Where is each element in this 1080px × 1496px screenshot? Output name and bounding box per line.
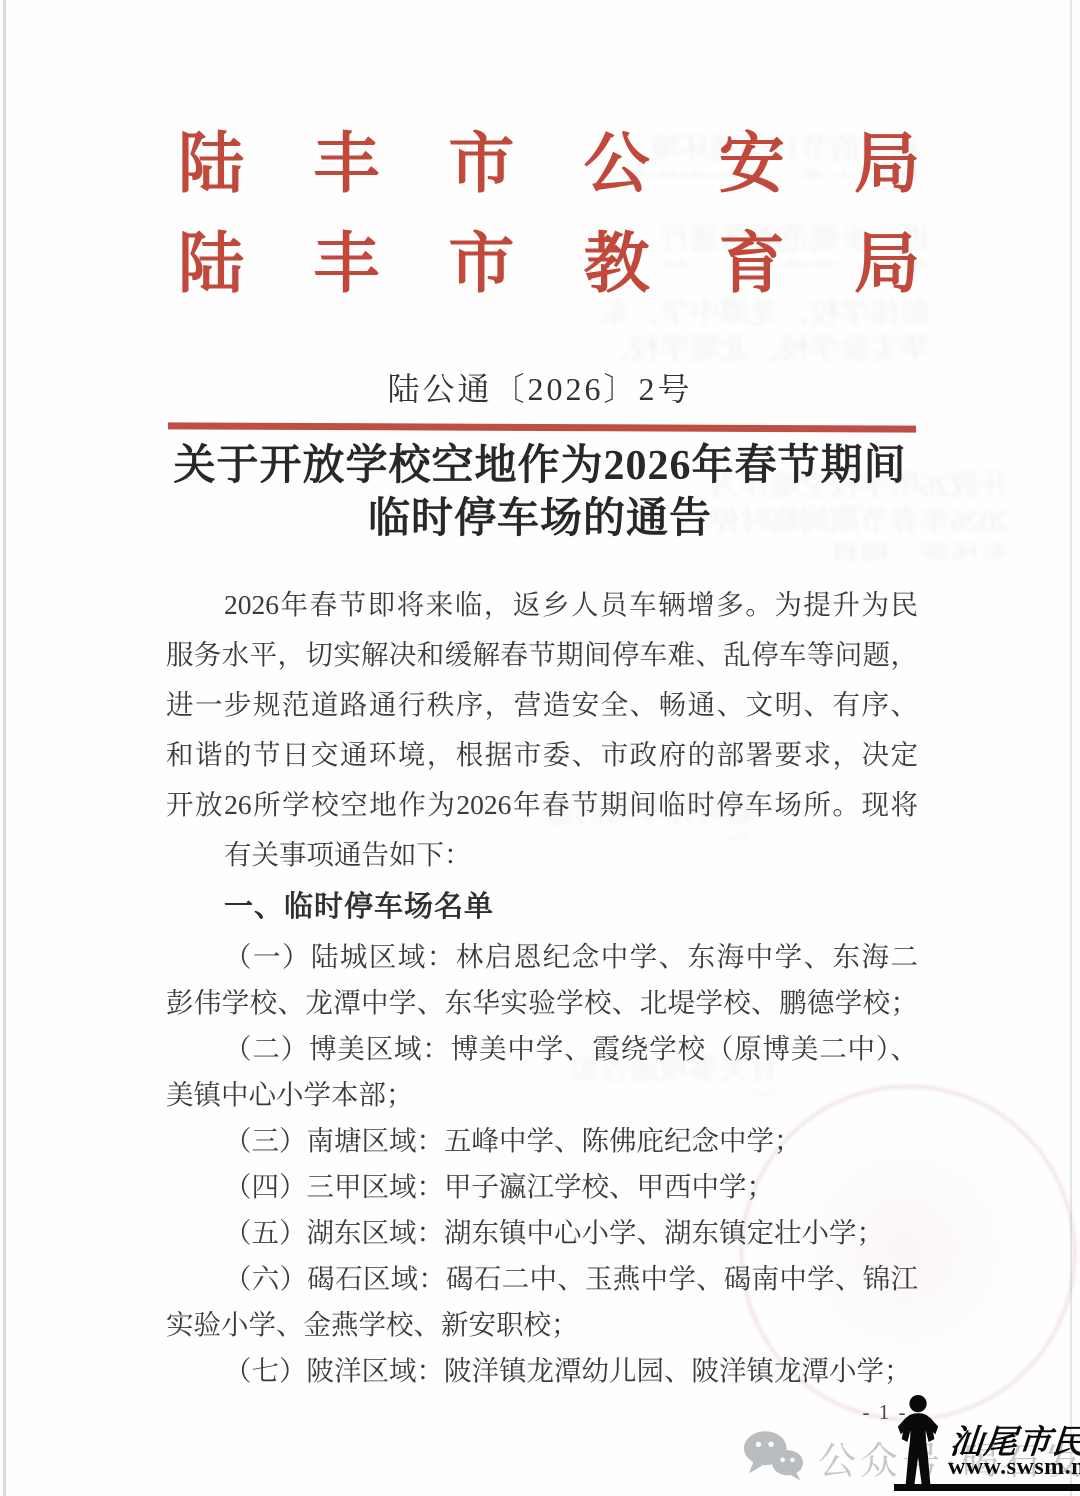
scan-edge-left — [3, 0, 6, 1496]
site-url-label: www.swsm.net — [948, 1454, 1080, 1481]
paragraph-line: 开放26所学校空地作为2026年春节期间临时停车场所。现将 — [166, 780, 918, 830]
paragraph-line: 进一步规范道路通行秩序，营造安全、畅通、文明、有序、 — [166, 680, 918, 730]
bleed-artifact: 彭伟学校、龙潭中学、东华实验学校、北堤学校、鹏德学校； — [600, 296, 930, 364]
agency-name-line1: 陆丰市公安局 — [178, 128, 920, 202]
scan-edge-right — [1070, 0, 1072, 1496]
list-item-line: 彭伟学校、龙潭中学、东华实验学校、北堤学校、鹏德学校； — [166, 980, 918, 1026]
agency-name-line2: 陆丰市教育局 — [178, 228, 920, 302]
list-item-line: （二）博美区域：博美中学、霞绕学校（原博美二中）、博 — [166, 1026, 918, 1072]
person-silhouette-icon — [890, 1394, 948, 1495]
document-title-line2: 临时停车场的通告 — [0, 493, 1080, 546]
paragraph-line: 和谐的节日交通环境，根据市委、市政府的部署要求，决定 — [166, 730, 918, 780]
list-item-line: （一）陆城区域：林启恩纪念中学、东海中学、东海二中、 — [166, 934, 918, 980]
list-item-line: （三）南塘区域：五峰中学、陈佛庇纪念中学； — [166, 1118, 918, 1164]
logo-underline — [894, 1484, 1080, 1491]
document-number: 陆公通〔2026〕2号 — [0, 364, 1080, 410]
list-item-line: （六）碣石区域：碣石二中、玉燕中学、碣南中学、锦江 — [166, 1256, 918, 1302]
scanned-document-page: 和谐的节日交通环境，根据市委、市政府的部署要求，决定 进一步规范道路通行秩序，营… — [0, 0, 1080, 1496]
list-item-line: 美镇中心小学本部； — [166, 1072, 918, 1118]
wechat-icon — [742, 1429, 804, 1486]
paragraph-line: 有关事项通告如下： — [166, 830, 918, 880]
paragraph-line: 服务水平，切实解决和缓解春节期间停车难、乱停车等问题， — [166, 630, 918, 680]
document-body: 2026年春节即将来临，返乡人员车辆增多。为提升为民 服务水平，切实解决和缓解春… — [166, 580, 918, 1394]
list-item-line: 实验小学、金燕学校、新安职校； — [166, 1302, 918, 1348]
list-item-line: （七）陂洋区域：陂洋镇龙潭幼儿园、陂洋镇龙潭小学； — [166, 1348, 918, 1394]
document-title-line1: 关于开放学校空地作为2026年春节期间 — [0, 440, 1080, 493]
section-heading-parking-list: 一、临时停车场名单 — [166, 880, 918, 934]
letterhead-rule — [168, 422, 916, 432]
list-item-line: （四）三甲区域：甲子瀛江学校、甲西中学； — [166, 1164, 918, 1210]
site-logo: 汕尾市民网 www.swsm.net — [880, 1392, 1080, 1496]
list-item-line: （五）湖东区域：湖东镇中心小学、湖东镇定壮小学； — [166, 1210, 918, 1256]
document-title: 关于开放学校空地作为2026年春节期间 临时停车场的通告 — [0, 440, 1080, 546]
paragraph-line: 2026年春节即将来临，返乡人员车辆增多。为提升为民 — [166, 580, 918, 630]
